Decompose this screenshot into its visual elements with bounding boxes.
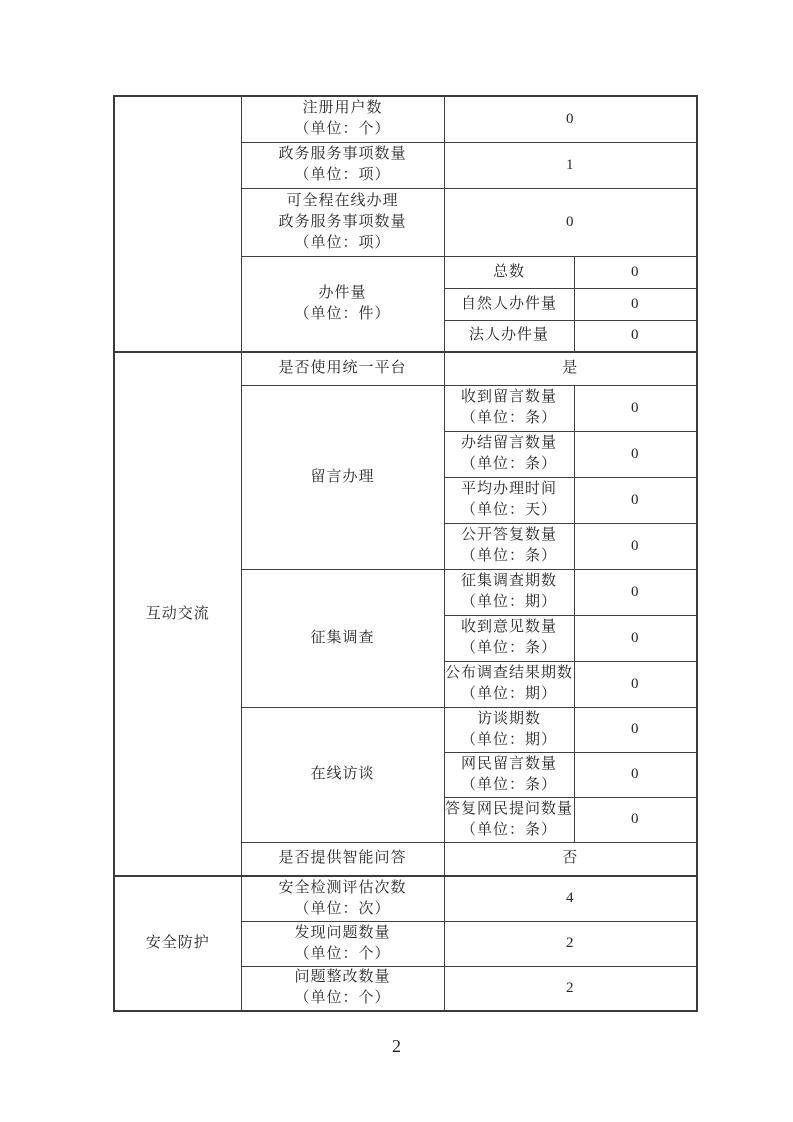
- full-online-items-label-line2: 政务服务事项数量: [242, 212, 444, 233]
- section1-category-cell: [114, 96, 241, 352]
- service-items-label: 政务服务事项数量 （单位：项）: [241, 142, 444, 188]
- messages-received-value: 0: [574, 385, 697, 431]
- case-volume-unit: （单位：件）: [242, 304, 444, 325]
- problems-fixed-label: 问题整改数量 （单位：个）: [241, 966, 444, 1011]
- netizen-messages-label-text: 网民留言数量: [445, 754, 574, 775]
- table-row: 注册用户数 （单位：个） 0: [114, 96, 697, 142]
- smart-qa-label: 是否提供智能问答: [241, 842, 444, 876]
- registered-users-value: 0: [444, 96, 697, 142]
- registered-users-label-text: 注册用户数: [242, 98, 444, 119]
- survey-results-label-text: 公布调查结果期数: [445, 663, 574, 684]
- netizen-replies-label: 答复网民提问数量 （单位：条）: [444, 797, 574, 842]
- avg-handling-time-label-text: 平均办理时间: [445, 479, 574, 500]
- public-replies-value: 0: [574, 523, 697, 569]
- security-checks-label-text: 安全检测评估次数: [242, 878, 444, 899]
- service-items-value: 1: [444, 142, 697, 188]
- netizen-replies-label-text: 答复网民提问数量: [445, 799, 574, 820]
- problems-fixed-unit: （单位：个）: [242, 988, 444, 1009]
- full-online-items-unit: （单位：项）: [242, 233, 444, 254]
- section2-category-cell: 互动交流: [114, 352, 241, 876]
- case-volume-total-label: 总数: [444, 256, 574, 288]
- netizen-messages-unit: （单位：条）: [445, 775, 574, 796]
- full-online-items-label: 可全程在线办理 政务服务事项数量 （单位：项）: [241, 188, 444, 256]
- survey-opinions-label: 收到意见数量 （单位：条）: [444, 615, 574, 661]
- problems-found-value: 2: [444, 921, 697, 966]
- interviews-label: 在线访谈: [241, 707, 444, 842]
- case-volume-natural-person-label: 自然人办件量: [444, 288, 574, 320]
- survey-results-value: 0: [574, 661, 697, 707]
- case-volume-label-text: 办件量: [242, 283, 444, 304]
- survey-periods-label: 征集调查期数 （单位：期）: [444, 569, 574, 615]
- avg-handling-time-value: 0: [574, 477, 697, 523]
- interview-periods-label: 访谈期数 （单位：期）: [444, 707, 574, 752]
- security-checks-unit: （单位：次）: [242, 899, 444, 920]
- survey-opinions-label-text: 收到意见数量: [445, 617, 574, 638]
- public-replies-unit: （单位：条）: [445, 546, 574, 567]
- section3-category-cell: 安全防护: [114, 876, 241, 1011]
- full-online-items-value: 0: [444, 188, 697, 256]
- report-table: 注册用户数 （单位：个） 0 政务服务事项数量 （单位：项） 1 可全程在线办理…: [113, 95, 698, 1012]
- problems-found-unit: （单位：个）: [242, 944, 444, 965]
- interview-periods-value: 0: [574, 707, 697, 752]
- public-replies-label: 公开答复数量 （单位：条）: [444, 523, 574, 569]
- security-checks-value: 4: [444, 876, 697, 921]
- survey-periods-label-text: 征集调查期数: [445, 571, 574, 592]
- registered-users-label: 注册用户数 （单位：个）: [241, 96, 444, 142]
- messages-completed-value: 0: [574, 431, 697, 477]
- messages-completed-label-text: 办结留言数量: [445, 433, 574, 454]
- unified-platform-value: 是: [444, 352, 697, 385]
- messages-received-label-text: 收到留言数量: [445, 387, 574, 408]
- smart-qa-value: 否: [444, 842, 697, 876]
- case-volume-natural-person-value: 0: [574, 288, 697, 320]
- problems-found-label: 发现问题数量 （单位：个）: [241, 921, 444, 966]
- messages-completed-unit: （单位：条）: [445, 454, 574, 475]
- report-page: 注册用户数 （单位：个） 0 政务服务事项数量 （单位：项） 1 可全程在线办理…: [0, 0, 793, 1122]
- messages-received-label: 收到留言数量 （单位：条）: [444, 385, 574, 431]
- security-checks-label: 安全检测评估次数 （单位：次）: [241, 876, 444, 921]
- table-row: 互动交流 是否使用统一平台 是: [114, 352, 697, 385]
- netizen-replies-unit: （单位：条）: [445, 820, 574, 841]
- problems-found-label-text: 发现问题数量: [242, 923, 444, 944]
- registered-users-unit: （单位：个）: [242, 119, 444, 140]
- message-handling-label: 留言办理: [241, 385, 444, 569]
- surveys-label: 征集调查: [241, 569, 444, 707]
- survey-opinions-value: 0: [574, 615, 697, 661]
- netizen-replies-value: 0: [574, 797, 697, 842]
- netizen-messages-label: 网民留言数量 （单位：条）: [444, 752, 574, 797]
- unified-platform-label: 是否使用统一平台: [241, 352, 444, 385]
- table-row: 安全防护 安全检测评估次数 （单位：次） 4: [114, 876, 697, 921]
- full-online-items-label-line1: 可全程在线办理: [242, 191, 444, 212]
- problems-fixed-value: 2: [444, 966, 697, 1011]
- public-replies-label-text: 公开答复数量: [445, 525, 574, 546]
- case-volume-total-value: 0: [574, 256, 697, 288]
- service-items-label-text: 政务服务事项数量: [242, 144, 444, 165]
- interview-periods-label-text: 访谈期数: [445, 709, 574, 730]
- service-items-unit: （单位：项）: [242, 165, 444, 186]
- avg-handling-time-unit: （单位：天）: [445, 500, 574, 521]
- survey-periods-value: 0: [574, 569, 697, 615]
- avg-handling-time-label: 平均办理时间 （单位：天）: [444, 477, 574, 523]
- problems-fixed-label-text: 问题整改数量: [242, 967, 444, 988]
- netizen-messages-value: 0: [574, 752, 697, 797]
- page-number: 2: [0, 1036, 793, 1057]
- survey-results-label: 公布调查结果期数 （单位：期）: [444, 661, 574, 707]
- survey-opinions-unit: （单位：条）: [445, 638, 574, 659]
- case-volume-label: 办件量 （单位：件）: [241, 256, 444, 352]
- interview-periods-unit: （单位：期）: [445, 730, 574, 751]
- messages-received-unit: （单位：条）: [445, 408, 574, 429]
- survey-periods-unit: （单位：期）: [445, 592, 574, 613]
- case-volume-legal-person-value: 0: [574, 320, 697, 352]
- survey-results-unit: （单位：期）: [445, 684, 574, 705]
- messages-completed-label: 办结留言数量 （单位：条）: [444, 431, 574, 477]
- case-volume-legal-person-label: 法人办件量: [444, 320, 574, 352]
